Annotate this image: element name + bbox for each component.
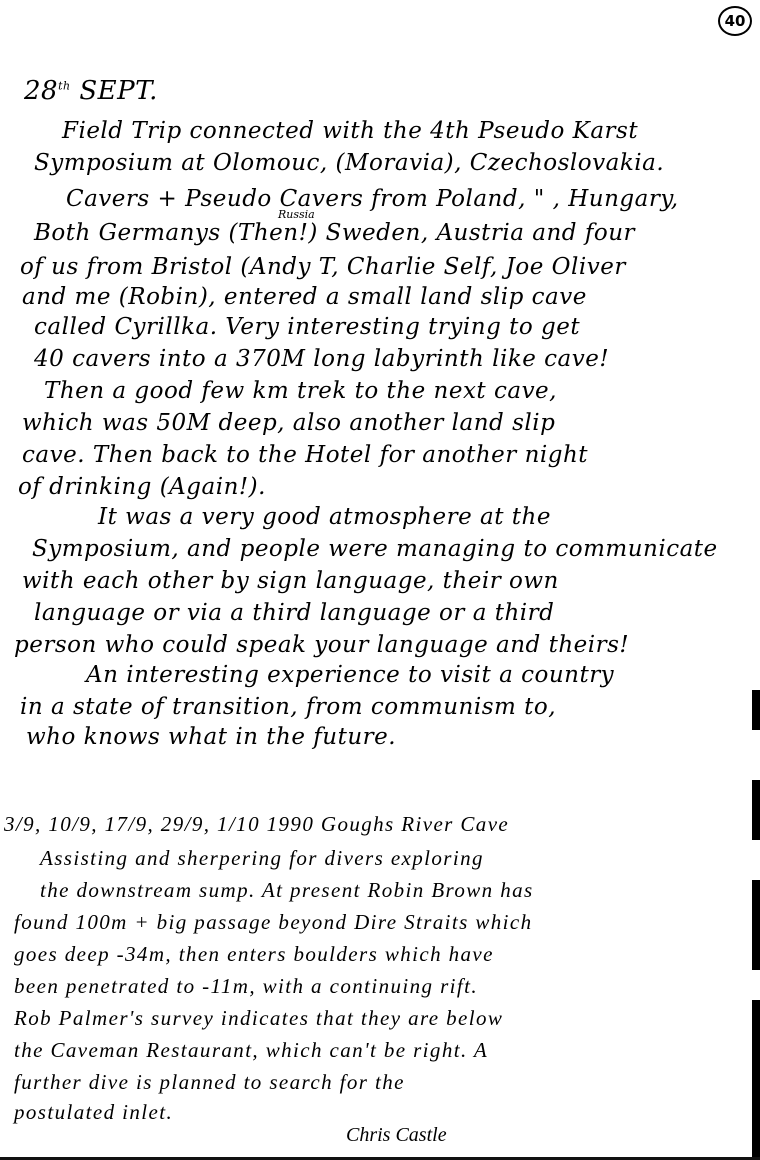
entry1-line: who knows what in the future.: [26, 724, 396, 750]
entry1-line: Symposium at Olomouc, (Moravia), Czechos…: [34, 150, 664, 176]
entry2-header: 3/9, 10/9, 17/9, 29/9, 1/10 1990 Goughs …: [4, 812, 509, 837]
date-month: SEPT.: [79, 76, 158, 106]
entry2-line: goes deep -34m, then enters boulders whi…: [14, 942, 494, 967]
entry1-line: and me (Robin), entered a small land sli…: [22, 284, 587, 310]
entry1-line: of drinking (Again!).: [18, 474, 266, 500]
scan-edge: [752, 780, 760, 840]
entry1-line: person who could speak your language and…: [14, 632, 629, 658]
entry1-line: Symposium, and people were managing to c…: [32, 536, 718, 562]
entry1-line: which was 50M deep, also another land sl…: [22, 410, 555, 436]
entry2-line: Rob Palmer's survey indicates that they …: [14, 1006, 503, 1031]
entry1-line: Then a good few km trek to the next cave…: [44, 378, 557, 404]
date-day: 28: [24, 76, 58, 106]
entry1-line: with each other by sign language, their …: [22, 568, 559, 594]
logbook-page: 40 28th SEPT. Field Trip connected with …: [0, 0, 760, 1160]
scan-edge: [752, 1000, 760, 1160]
entry1-line: in a state of transition, from communism…: [20, 694, 556, 720]
entry1-line: Both Germanys (Then!) Sweden, Austria an…: [34, 220, 635, 246]
entry1-line: of us from Bristol (Andy T, Charlie Self…: [20, 254, 626, 280]
entry1-line: language or via a third language or a th…: [34, 600, 554, 626]
entry2-line: postulated inlet.: [14, 1100, 173, 1125]
entry2-line: Assisting and sherpering for divers expl…: [40, 846, 484, 871]
entry2-line: further dive is planned to search for th…: [14, 1070, 405, 1095]
entry1-line: Field Trip connected with the 4th Pseudo…: [62, 118, 638, 144]
signature: Chris Castle: [346, 1124, 447, 1147]
entry1-line: Cavers + Pseudo Cavers from Poland, " , …: [66, 186, 679, 212]
page-number: 40: [718, 6, 752, 36]
entry2-line: the downstream sump. At present Robin Br…: [40, 878, 534, 903]
entry1-line: It was a very good atmosphere at the: [98, 504, 551, 530]
date-suffix: th: [58, 79, 71, 92]
entry2-line: the Caveman Restaurant, which can't be r…: [14, 1038, 488, 1063]
entry1-line: 40 cavers into a 370M long labyrinth lik…: [34, 346, 609, 372]
scan-edge: [752, 880, 760, 970]
entry1-line: cave. Then back to the Hotel for another…: [22, 442, 588, 468]
scan-edge: [752, 690, 760, 730]
entry2-line: been penetrated to -11m, with a continui…: [14, 974, 478, 999]
entry1-line: called Cyrillka. Very interesting trying…: [34, 314, 580, 340]
entry1-line: An interesting experience to visit a cou…: [86, 662, 614, 688]
entry-date: 28th SEPT.: [24, 76, 158, 106]
entry2-line: found 100m + big passage beyond Dire Str…: [14, 910, 533, 935]
